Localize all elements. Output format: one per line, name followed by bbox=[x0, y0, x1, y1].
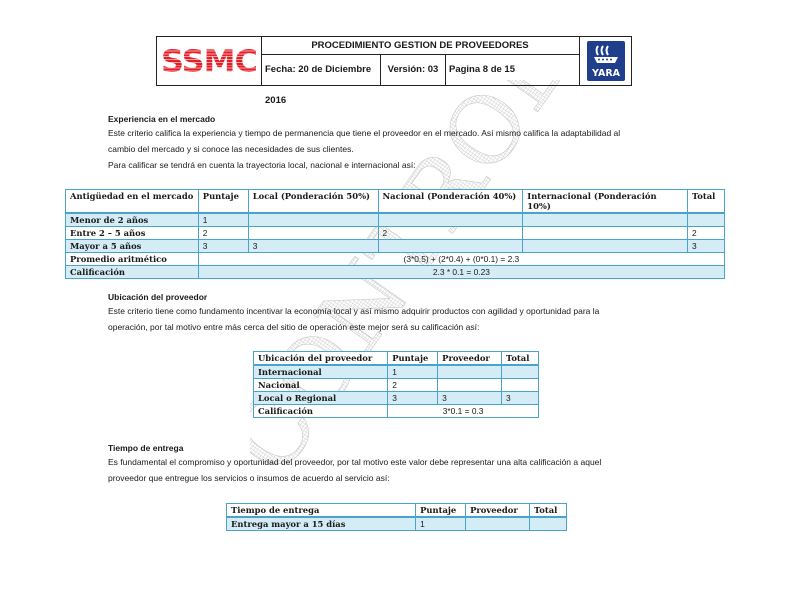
table-cell: 3 bbox=[388, 392, 438, 405]
column-header: Proveedor bbox=[438, 352, 502, 366]
table-cell bbox=[502, 365, 539, 379]
column-header: Puntaje bbox=[198, 190, 248, 214]
experiencia-table: Antigüedad en el mercado Puntaje Local (… bbox=[65, 189, 725, 279]
column-header: Antigüedad en el mercado bbox=[66, 190, 199, 214]
document-date: Fecha: 20 de Diciembre 2016 bbox=[261, 54, 381, 85]
table-cell bbox=[466, 517, 530, 531]
table-cell bbox=[378, 213, 523, 227]
table-header-row: Ubicación del proveedor Puntaje Proveedo… bbox=[254, 352, 539, 366]
table-cell: 3 bbox=[438, 392, 502, 405]
table-cell bbox=[438, 365, 502, 379]
table-cell bbox=[687, 213, 724, 227]
section-heading-tiempo-entrega: Tiempo de entrega bbox=[108, 443, 183, 453]
table-cell bbox=[248, 213, 378, 227]
paragraph-line: Este criterio califica la experiencia y … bbox=[108, 125, 728, 141]
section-heading-experiencia: Experiencia en el mercado bbox=[108, 114, 215, 124]
table-cell: 1 bbox=[198, 213, 248, 227]
paragraph-line: Es fundamental el compromiso y oportunid… bbox=[108, 454, 728, 470]
table-cell: 3 bbox=[198, 240, 248, 253]
table-cell: 1 bbox=[416, 517, 466, 531]
paragraph-line: Este criterio tiene como fundamento ince… bbox=[108, 303, 728, 319]
yara-logo: YARA bbox=[587, 41, 625, 81]
column-header: Total bbox=[687, 190, 724, 214]
table-header-row: Antigüedad en el mercado Puntaje Local (… bbox=[66, 190, 725, 214]
table-cell: 2 bbox=[687, 227, 724, 240]
row-label: Menor de 2 años bbox=[66, 213, 199, 227]
calificacion-row: Calificación 3*0.1 = 0.3 bbox=[254, 405, 539, 418]
table-cell: 1 bbox=[388, 365, 438, 379]
section-paragraph: Este criterio califica la experiencia y … bbox=[108, 125, 728, 173]
section-paragraph: Este criterio tiene como fundamento ince… bbox=[108, 303, 728, 335]
promedio-row: Promedio aritmético (3*0.5) + (2*0.4) + … bbox=[66, 253, 725, 266]
document-title: PROCEDIMIENTO GESTION DE PROVEEDORES bbox=[261, 37, 579, 55]
document-header: SSMC PROCEDIMIENTO GESTION DE PROVEEDORE… bbox=[156, 36, 632, 86]
row-label: Local o Regional bbox=[254, 392, 388, 405]
column-header: Total bbox=[530, 504, 567, 518]
column-header: Proveedor bbox=[466, 504, 530, 518]
table-header-row: Tiempo de entrega Puntaje Proveedor Tota… bbox=[227, 504, 567, 518]
row-label: Promedio aritmético bbox=[66, 253, 199, 266]
table-cell: 3 bbox=[687, 240, 724, 253]
calificacion-row: Calificación 2.3 * 0.1 = 0.23 bbox=[66, 266, 725, 279]
table-row: Entrega mayor a 15 días 1 bbox=[227, 517, 567, 531]
paragraph-line: cambio del mercado y si conoce las neces… bbox=[108, 141, 728, 157]
page-number: Pagina 8 de 15 bbox=[445, 54, 579, 85]
table-cell bbox=[438, 379, 502, 392]
row-label: Entrega mayor a 15 días bbox=[227, 517, 416, 531]
row-label: Calificación bbox=[254, 405, 388, 418]
table-row: Mayor a 5 años 3 3 3 bbox=[66, 240, 725, 253]
column-header: Nacional (Ponderación 40%) bbox=[378, 190, 523, 214]
column-header: Puntaje bbox=[416, 504, 466, 518]
table-cell bbox=[530, 517, 567, 531]
row-label: Mayor a 5 años bbox=[66, 240, 199, 253]
column-header: Ubicación del proveedor bbox=[254, 352, 388, 366]
yara-logo-cell: YARA bbox=[579, 37, 632, 85]
table-cell bbox=[523, 240, 688, 253]
calificacion-formula: 2.3 * 0.1 = 0.23 bbox=[198, 266, 724, 279]
table-row: Local o Regional 3 3 3 bbox=[254, 392, 539, 405]
table-row: Entre 2 – 5 años 2 2 2 bbox=[66, 227, 725, 240]
promedio-formula: (3*0.5) + (2*0.4) + (0*0.1) = 2.3 bbox=[198, 253, 724, 266]
column-header: Local (Ponderación 50%) bbox=[248, 190, 378, 214]
table-cell bbox=[523, 227, 688, 240]
table-cell bbox=[502, 379, 539, 392]
table-row: Nacional 2 bbox=[254, 379, 539, 392]
column-header: Internacional (Ponderación 10%) bbox=[523, 190, 688, 214]
table-cell bbox=[248, 227, 378, 240]
table-cell: 2 bbox=[388, 379, 438, 392]
ubicacion-table: Ubicación del proveedor Puntaje Proveedo… bbox=[253, 351, 539, 418]
paragraph-line: proveedor que entregue los servicios o i… bbox=[108, 470, 728, 486]
row-label: Nacional bbox=[254, 379, 388, 392]
table-row: Menor de 2 años 1 bbox=[66, 213, 725, 227]
row-label: Entre 2 – 5 años bbox=[66, 227, 199, 240]
table-cell: 2 bbox=[378, 227, 523, 240]
table-cell: 3 bbox=[248, 240, 378, 253]
row-label: Internacional bbox=[254, 365, 388, 379]
section-paragraph: Es fundamental el compromiso y oportunid… bbox=[108, 454, 728, 486]
table-cell: 3 bbox=[502, 392, 539, 405]
document-version: Versión: 03 bbox=[381, 54, 446, 85]
section-heading-ubicacion: Ubicación del proveedor bbox=[108, 292, 207, 302]
column-header: Total bbox=[502, 352, 539, 366]
table-cell bbox=[523, 213, 688, 227]
calificacion-formula: 3*0.1 = 0.3 bbox=[388, 405, 539, 418]
table-cell: 2 bbox=[198, 227, 248, 240]
viking-ship-icon bbox=[593, 44, 619, 68]
row-label: Calificación bbox=[66, 266, 199, 279]
paragraph-line: Para calificar se tendrá en cuenta la tr… bbox=[108, 157, 728, 173]
column-header: Tiempo de entrega bbox=[227, 504, 416, 518]
tiempo-entrega-table: Tiempo de entrega Puntaje Proveedor Tota… bbox=[226, 503, 567, 531]
column-header: Puntaje bbox=[388, 352, 438, 366]
table-cell bbox=[378, 240, 523, 253]
ssmc-logo: SSMC bbox=[161, 43, 257, 79]
ssmc-logo-cell: SSMC bbox=[157, 37, 262, 85]
table-row: Internacional 1 bbox=[254, 365, 539, 379]
paragraph-line: operación, por tal motivo entre más cerc… bbox=[108, 319, 728, 335]
